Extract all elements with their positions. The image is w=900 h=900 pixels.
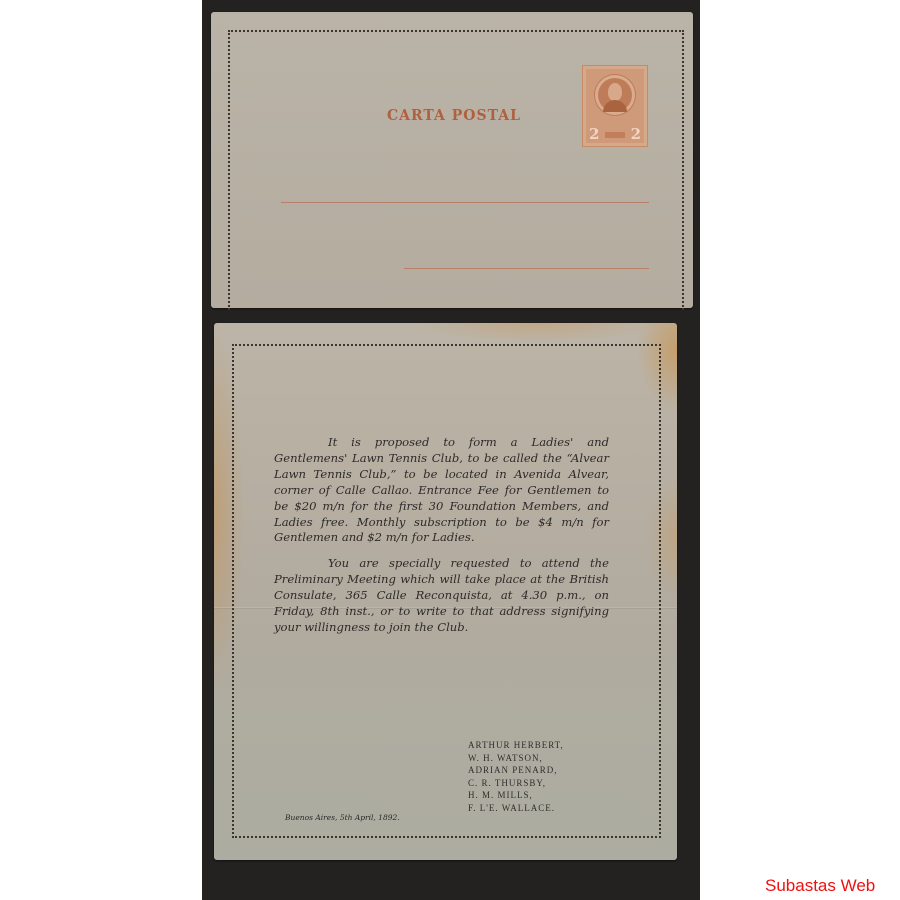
invitation-text: It is proposed to form a Ladies' and Gen… bbox=[274, 435, 609, 636]
letter-card-inside: It is proposed to form a Ladies' and Gen… bbox=[214, 323, 677, 860]
signatory: W. H. WATSON, bbox=[468, 752, 564, 765]
signatories-list: ARTHUR HERBERT, W. H. WATSON, ADRIAN PEN… bbox=[468, 739, 564, 814]
address-line bbox=[281, 202, 649, 203]
stamp-portrait bbox=[598, 78, 632, 112]
signatory: H. M. MILLS, bbox=[468, 789, 564, 802]
address-line bbox=[404, 268, 649, 269]
portrait-stamp-icon: 2 2 bbox=[582, 65, 648, 147]
signatory: F. L'E. WALLACE. bbox=[468, 802, 564, 815]
invitation-paragraph: You are specially requested to attend th… bbox=[274, 556, 609, 636]
invitation-paragraph: It is proposed to form a Ladies' and Gen… bbox=[274, 435, 609, 546]
stamp-value-right: 2 bbox=[631, 126, 641, 142]
signatory: ARTHUR HERBERT, bbox=[468, 739, 564, 752]
signatory: C. R. THURSBY, bbox=[468, 777, 564, 790]
stamp-value-left: 2 bbox=[589, 126, 599, 142]
letter-card-front: CARTA POSTAL 2 2 bbox=[211, 12, 693, 308]
watermark: Subastas Web bbox=[765, 876, 875, 896]
stamp-coat bbox=[603, 100, 627, 112]
stamp-value-band bbox=[605, 132, 625, 138]
card-title: CARTA POSTAL bbox=[387, 108, 521, 125]
stamp-head bbox=[608, 83, 622, 101]
signatory: ADRIAN PENARD, bbox=[468, 764, 564, 777]
dateline: Buenos Aires, 5th April, 1892. bbox=[285, 813, 400, 822]
